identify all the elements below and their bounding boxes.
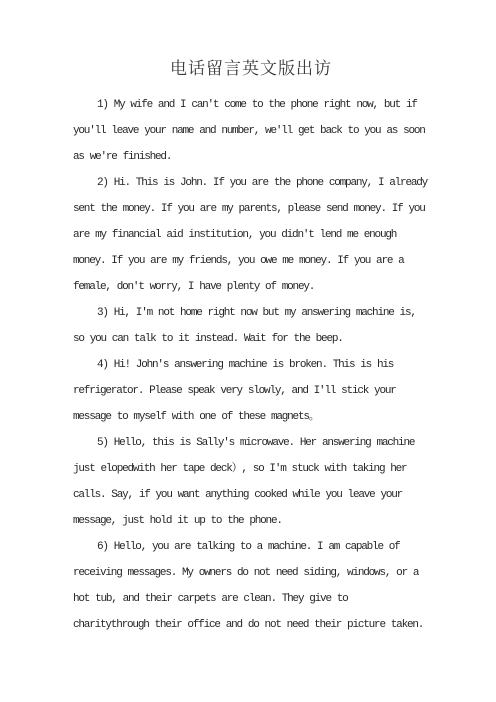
- document-content: 电话留言英文版出访 1) My wife and I can't come to…: [73, 57, 429, 638]
- message-paragraph-6: 6) Hello, you are talking to a machine. …: [73, 534, 429, 638]
- message-paragraph-5: 5) Hello, this is Sally's microwave. Her…: [73, 430, 429, 534]
- message-paragraph-1: 1) My wife and I can't come to the phone…: [73, 92, 429, 170]
- message-paragraph-2: 2) Hi. This is John. If you are the phon…: [73, 170, 429, 300]
- message-paragraph-4: 4) Hi! John's answering machine is broke…: [73, 352, 429, 430]
- document-title: 电话留言英文版出访: [73, 57, 429, 81]
- document-page: 电话留言英文版出访 1) My wife and I can't come to…: [0, 0, 496, 702]
- message-paragraph-3: 3) Hi, I'm not home right now but my ans…: [73, 300, 429, 352]
